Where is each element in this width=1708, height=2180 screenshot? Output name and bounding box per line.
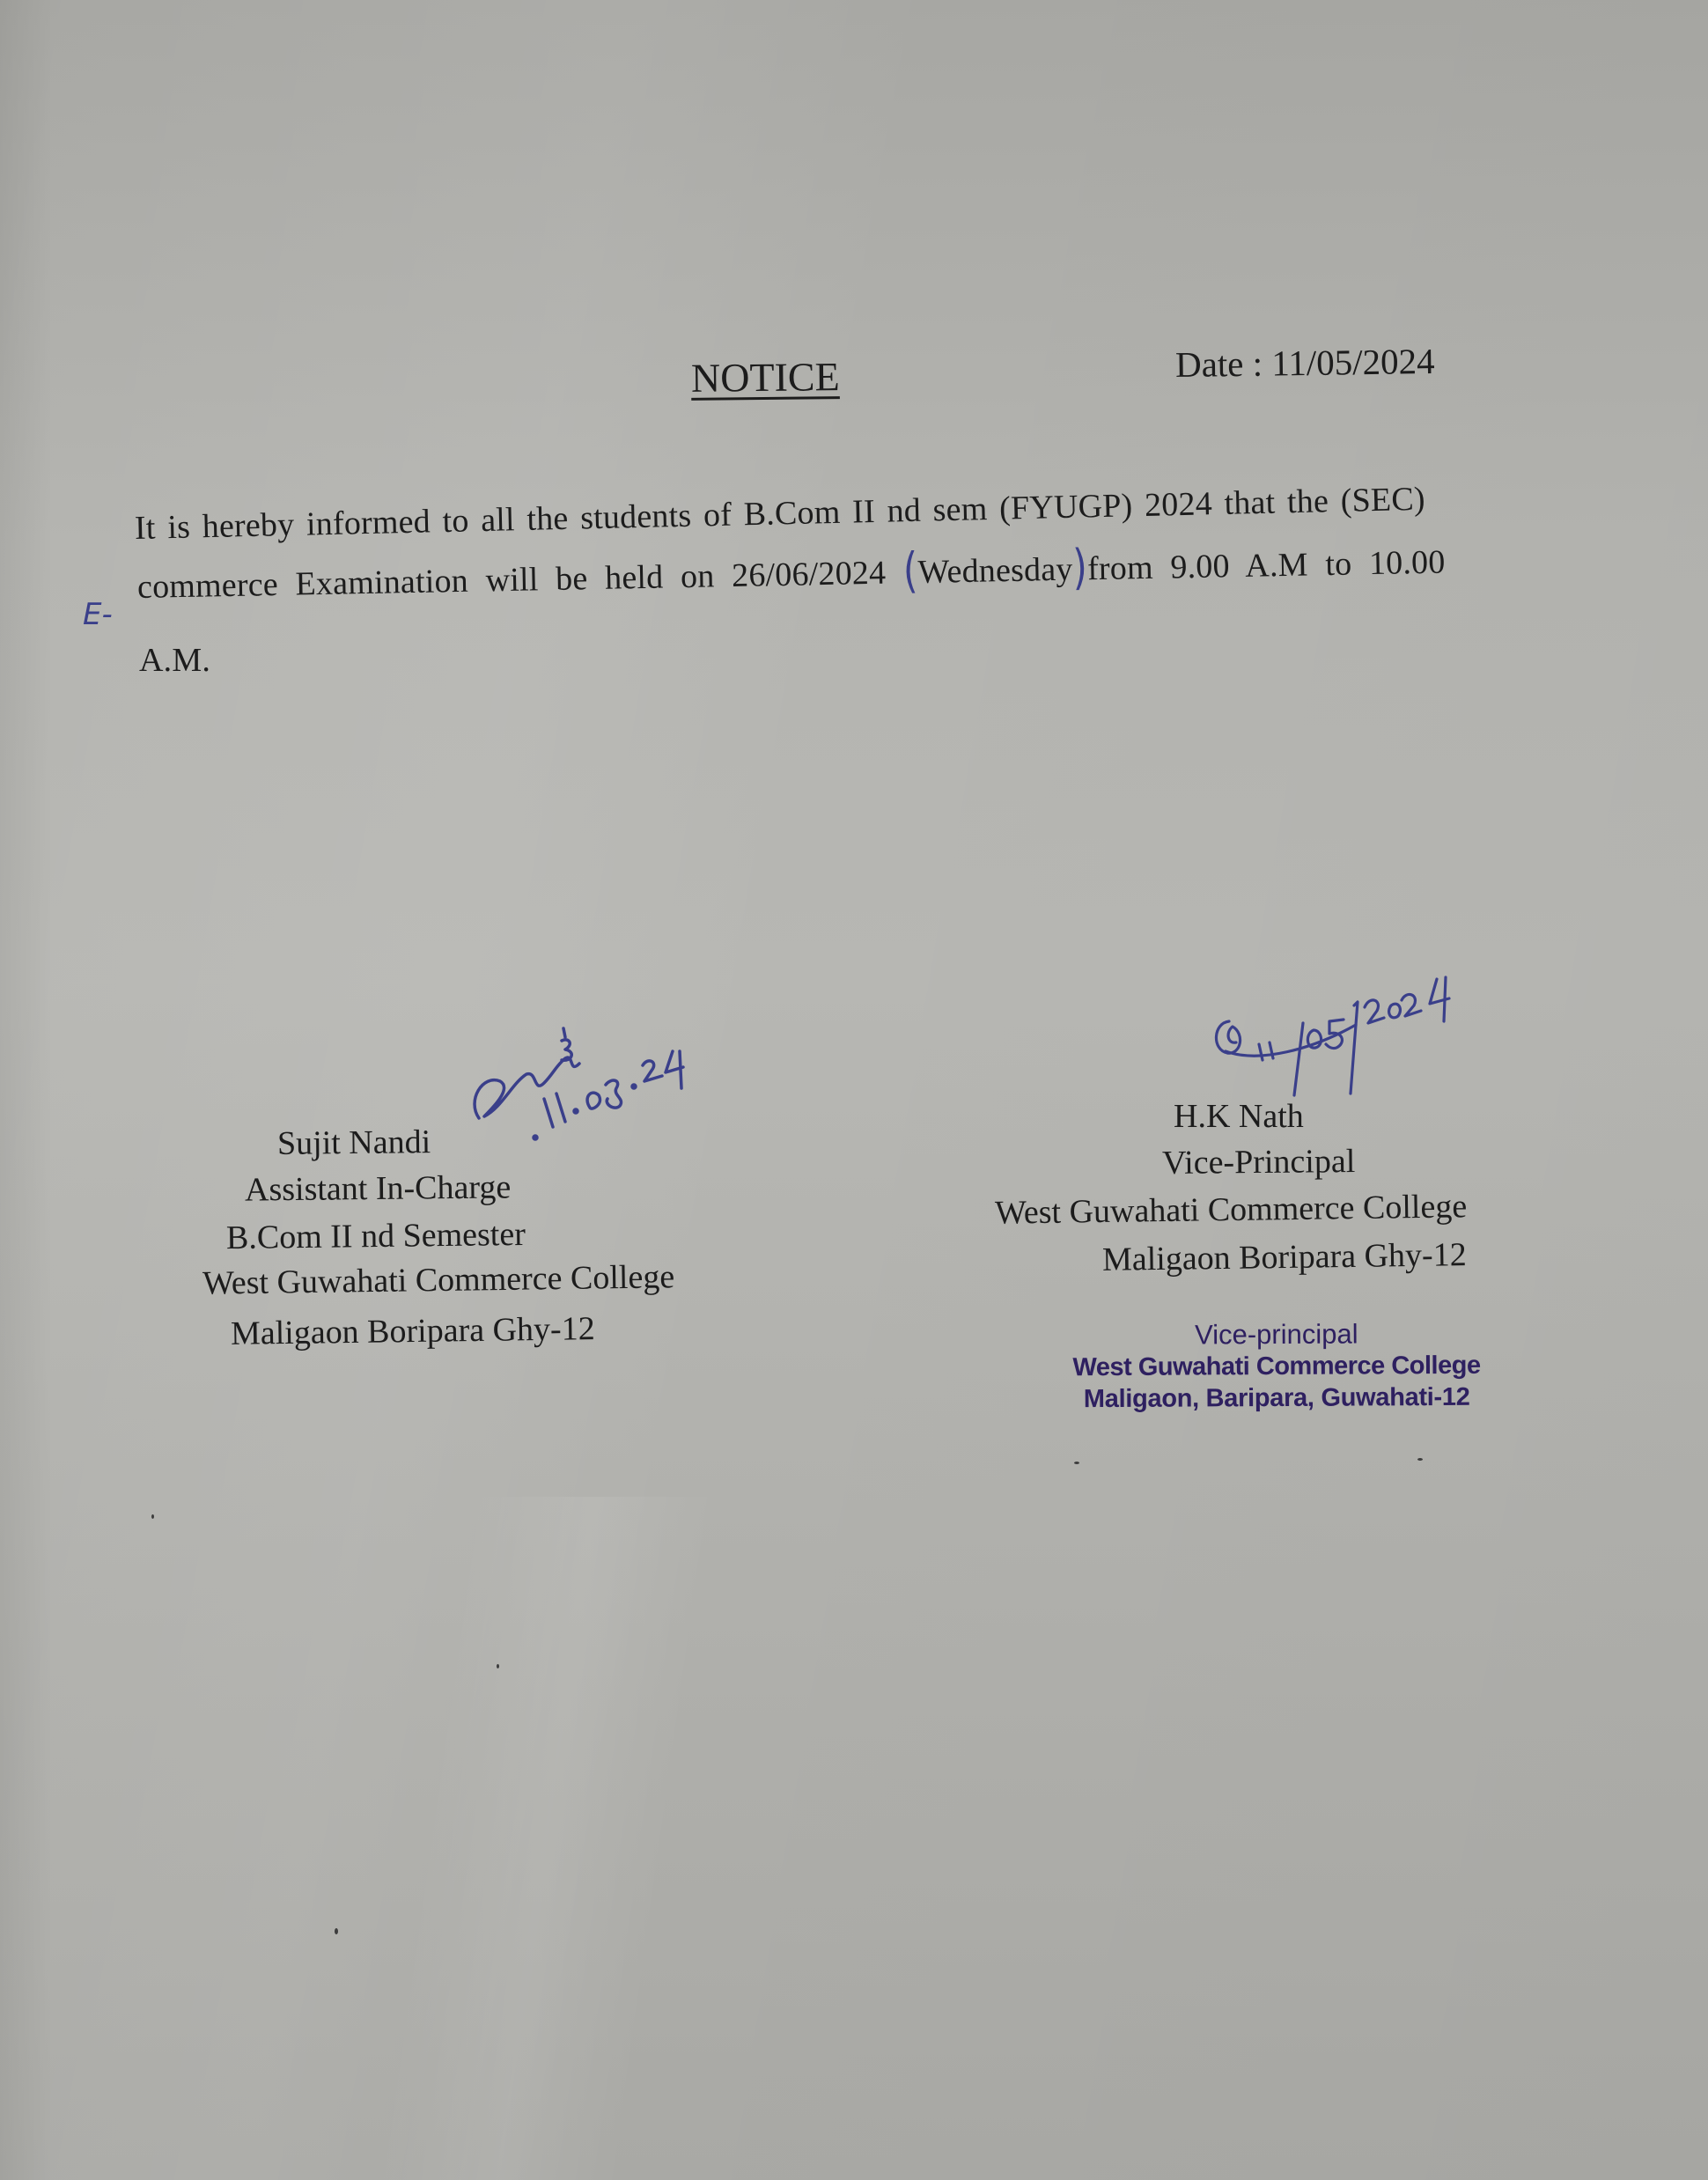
handwritten-paren-open: ( xyxy=(902,542,918,599)
right-signatory-name: H.K Nath xyxy=(1174,1097,1304,1136)
notice-body-line-3: A.M. xyxy=(139,641,210,680)
paper-speck xyxy=(151,1514,154,1519)
stamp-address: Maligaon, Baripara, Guwahati-12 xyxy=(1056,1381,1497,1416)
paper-speck xyxy=(1417,1458,1423,1461)
left-signatory-department: B.Com II nd Semester xyxy=(226,1215,526,1257)
handwritten-paren-close: ) xyxy=(1072,539,1088,595)
notice-date: Date : 11/05/2024 xyxy=(1175,340,1435,386)
paper-edge-shadow xyxy=(0,0,53,2180)
vice-principal-stamp: Vice-principal West Guwahati Commerce Co… xyxy=(1056,1318,1498,1416)
stamp-title: Vice-principal xyxy=(1056,1318,1497,1352)
stamp-institution: West Guwahati Commerce College xyxy=(1056,1350,1497,1384)
exam-day: Wednesday xyxy=(917,551,1073,591)
left-signatory-name: Sujit Nandi xyxy=(277,1123,431,1163)
handwritten-margin-note: E- xyxy=(83,597,113,632)
paper-speck xyxy=(497,1664,499,1668)
left-signatory-institution: West Guwahati Commerce College xyxy=(202,1257,675,1302)
notice-title: NOTICE xyxy=(691,353,840,401)
right-signatory-institution: West Guwahati Commerce College xyxy=(995,1187,1468,1232)
notice-body-line-2: commerce Examination will be held on 26/… xyxy=(137,538,1446,607)
left-signatory-address: Maligaon Boripara Ghy-12 xyxy=(231,1309,595,1353)
notice-body-line-1: It is hereby informed to all the student… xyxy=(135,480,1426,548)
right-signatory-address: Maligaon Boripara Ghy-12 xyxy=(1102,1235,1467,1279)
left-signatory-designation: Assistant In-Charge xyxy=(245,1167,512,1209)
left-signature-handwriting xyxy=(458,1013,704,1153)
right-signatory-designation: Vice-Principal xyxy=(1162,1142,1356,1182)
body-line-2-end: from 9.00 A.M to 10.00 xyxy=(1087,543,1446,587)
body-line-2-start: commerce Examination will be held on 26/… xyxy=(137,554,904,606)
paper-speck xyxy=(1074,1462,1079,1464)
paper-speck xyxy=(335,1928,338,1934)
paper-fold-highlight xyxy=(374,1497,717,2180)
